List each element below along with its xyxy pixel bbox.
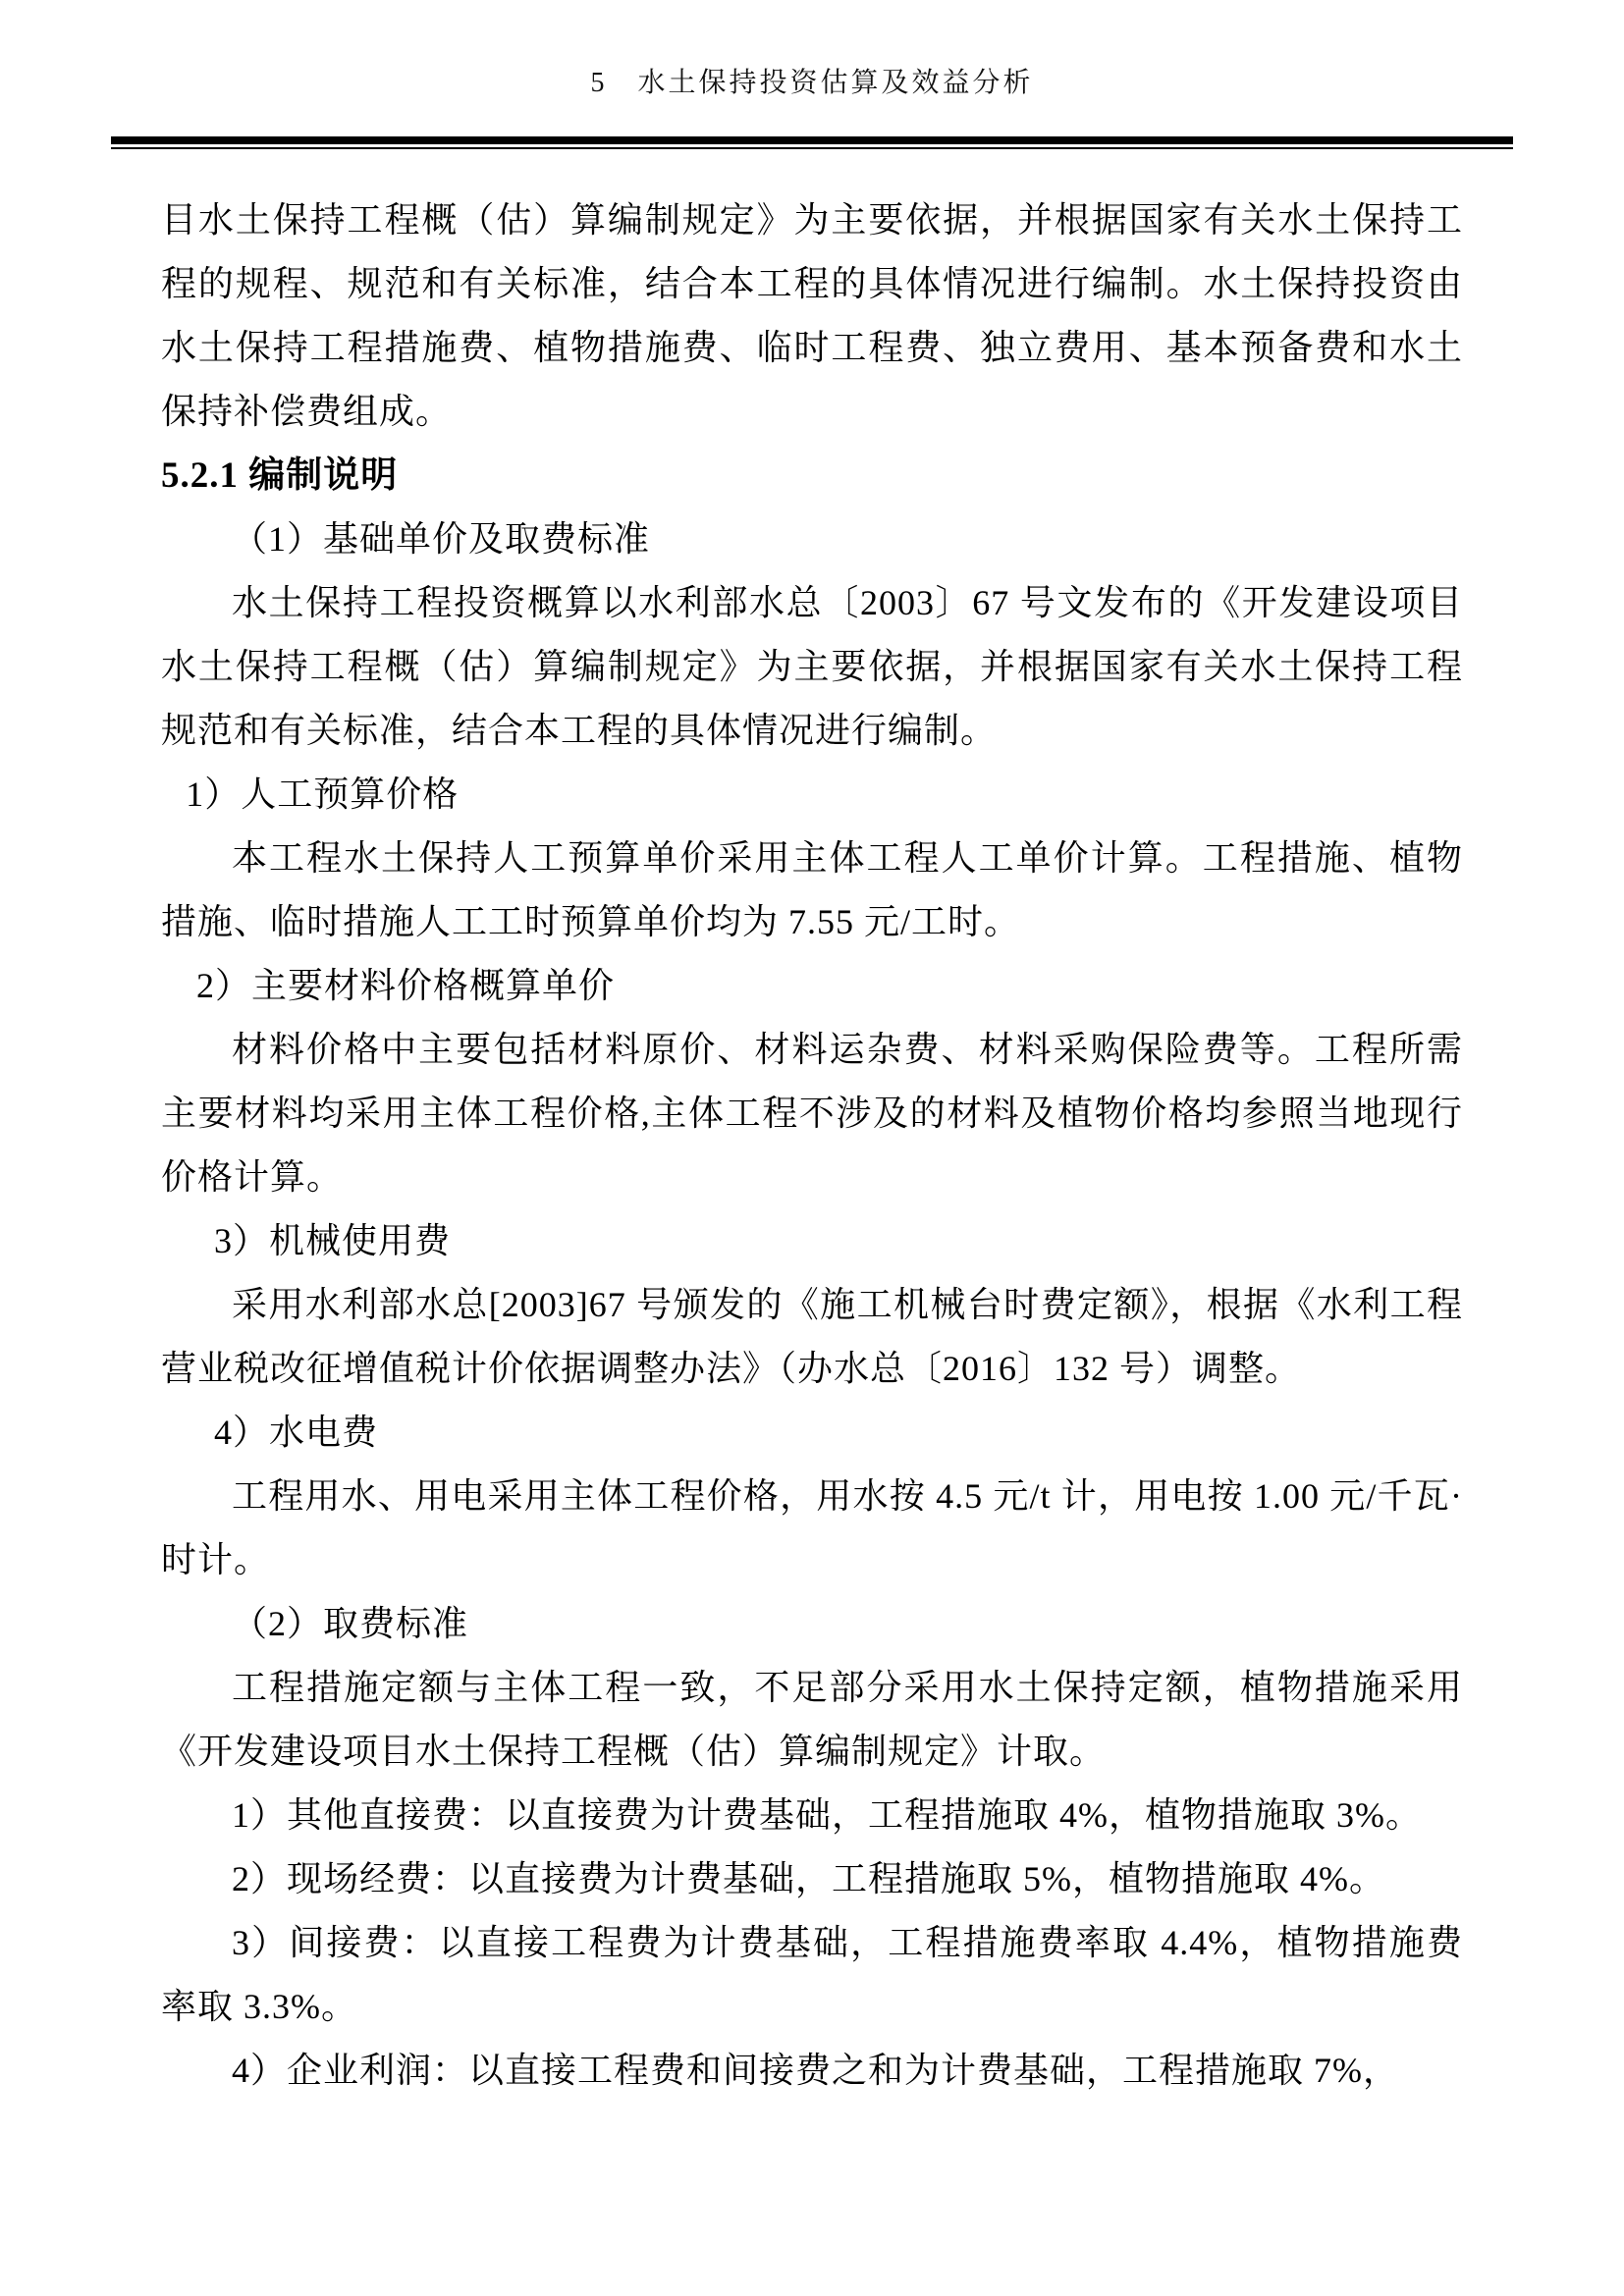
paragraph: 本工程水土保持人工预算单价采用主体工程人工单价计算。工程措施、植物措施、临时措施… <box>161 827 1463 954</box>
paragraph: 水土保持工程投资概算以水利部水总〔2003〕67 号文发布的《开发建设项目水土保… <box>161 571 1463 763</box>
paragraph: 采用水利部水总[2003]67 号颁发的《施工机械台时费定额》，根据《水利工程营… <box>161 1273 1463 1401</box>
paragraph: 3）间接费：以直接工程费为计费基础，工程措施费率取 4.4%，植物措施费率取 3… <box>161 1911 1463 2039</box>
paragraph: 1）人工预算价格 <box>161 763 1463 827</box>
header-rule-thick-line <box>111 136 1513 144</box>
paragraph: 4）水电费 <box>161 1401 1463 1465</box>
paragraph: 2）主要材料价格概算单价 <box>161 954 1463 1018</box>
paragraph: 2）现场经费：以直接费为计费基础，工程措施取 5%，植物措施取 4%。 <box>161 1847 1463 1911</box>
header-rule <box>111 136 1513 149</box>
paragraph: 1）其他直接费：以直接费为计费基础，工程措施取 4%，植物措施取 3%。 <box>161 1784 1463 1847</box>
paragraph: 3）机械使用费 <box>161 1209 1463 1273</box>
paragraph: 目水土保持工程概（估）算编制规定》为主要依据，并根据国家有关水土保持工程的规程、… <box>161 188 1463 444</box>
paragraph: 材料价格中主要包括材料原价、材料运杂费、材料采购保险费等。工程所需主要材料均采用… <box>161 1018 1463 1209</box>
page-header-chapter-title: 5 水土保持投资估算及效益分析 <box>0 61 1624 100</box>
paragraph: 4）企业利润：以直接工程费和间接费之和为计费基础，工程措施取 7%， <box>161 2039 1463 2103</box>
paragraph: 工程措施定额与主体工程一致，不足部分采用水土保持定额，植物措施采用《开发建设项目… <box>161 1656 1463 1784</box>
header-rule-thin-line <box>111 147 1513 149</box>
paragraph: （1）基础单价及取费标准 <box>161 507 1463 571</box>
page-body: 目水土保持工程概（估）算编制规定》为主要依据，并根据国家有关水土保持工程的规程、… <box>161 188 1463 2103</box>
paragraph: （2）取费标准 <box>161 1592 1463 1656</box>
paragraph: 工程用水、用电采用主体工程价格，用水按 4.5 元/t 计，用电按 1.00 元… <box>161 1465 1463 1592</box>
document-page: { "header": { "chapter_label": "5 水土保持投资… <box>0 0 1624 2296</box>
section-heading: 5.2.1 编制说明 <box>161 444 1463 507</box>
